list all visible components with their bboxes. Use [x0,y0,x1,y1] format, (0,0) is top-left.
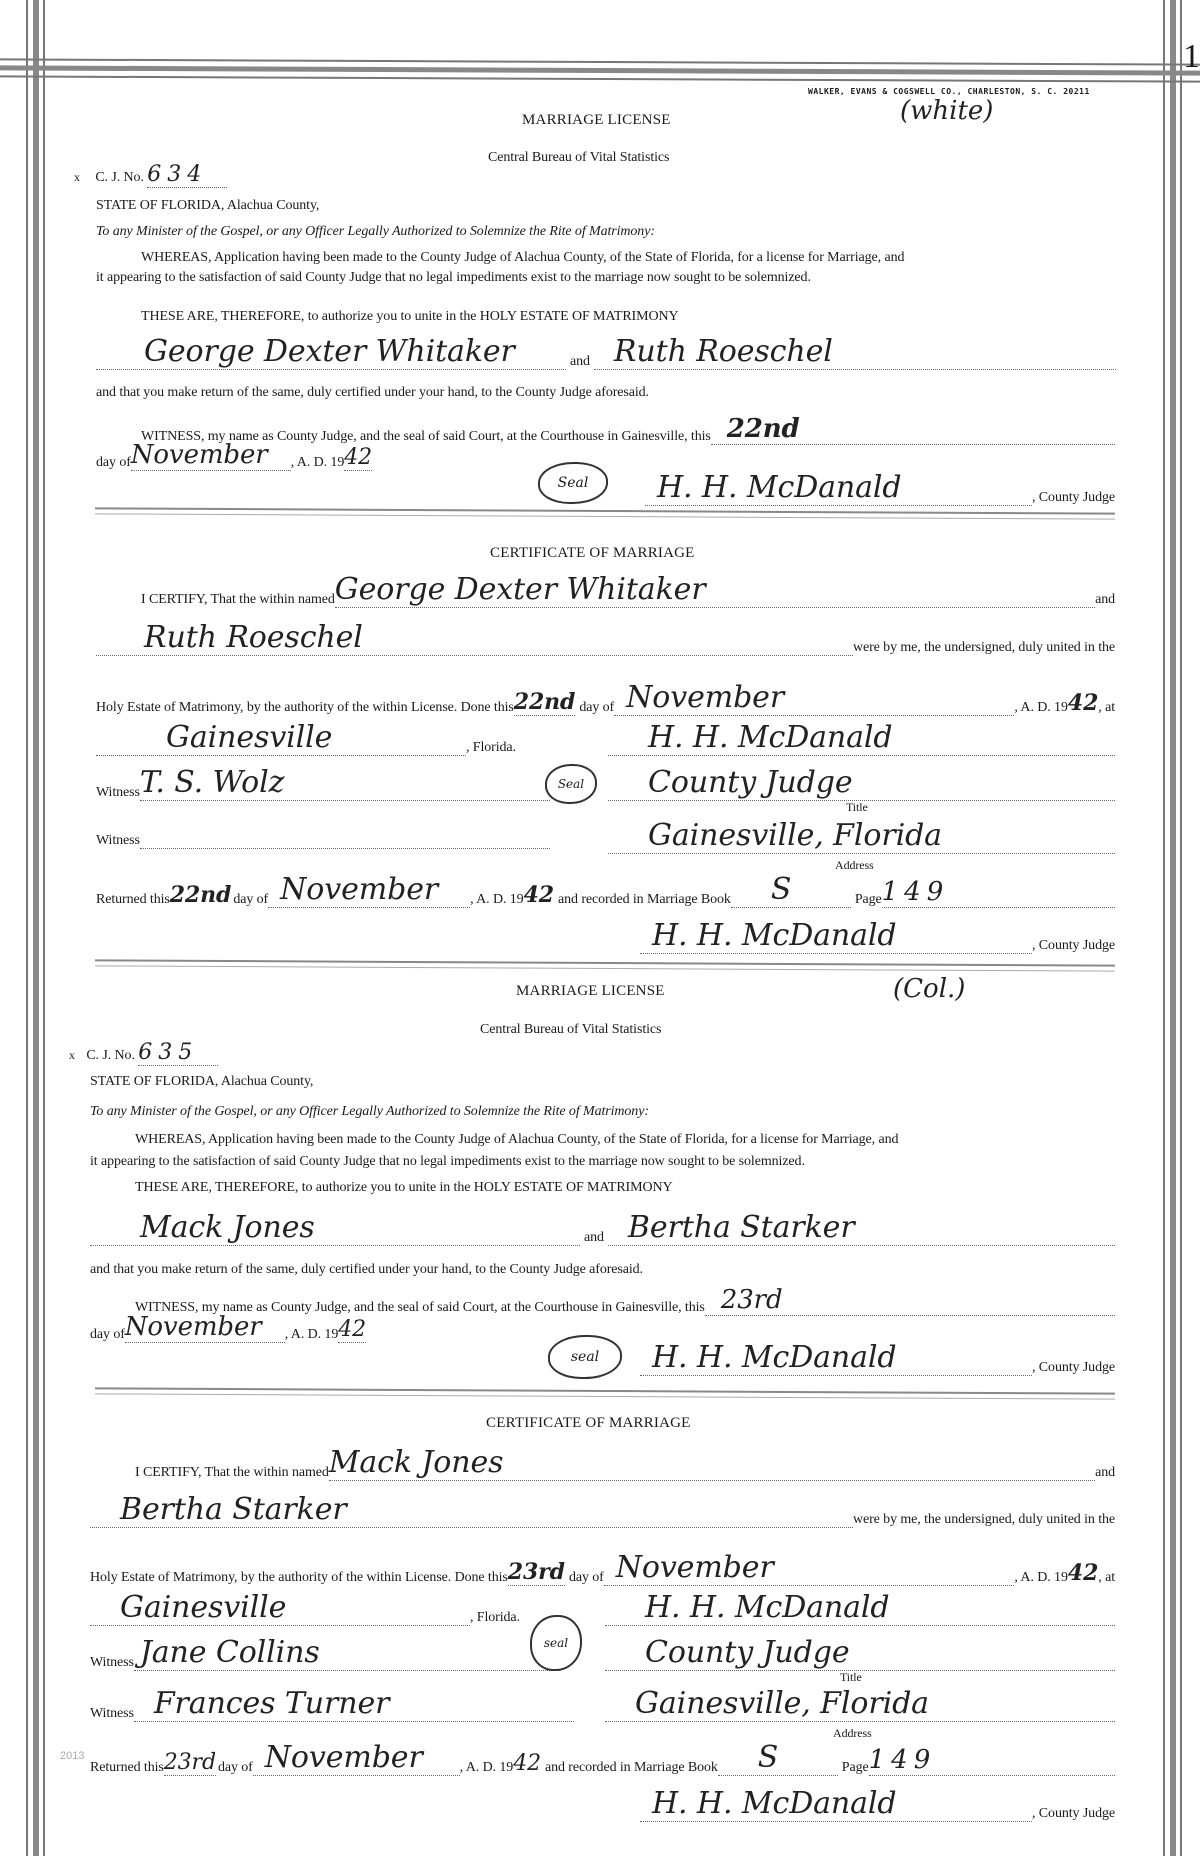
return-line: and that you make return of the same, du… [96,385,649,401]
cert-groom-name: Mack Jones [329,1445,1095,1481]
margin-mark: x [74,170,80,184]
address-label: Address [833,1726,872,1741]
watermark: 2013 [60,1750,84,1762]
license-subtitle: Central Bureau of Vital Statistics [488,150,669,166]
judge-signature-line: H. H. McDanald , County Judge [640,1340,1115,1376]
seal-stamp: Seal [545,764,597,804]
race-annotation: (white) [900,96,993,126]
printer-imprint: WALKER, EVANS & COGSWELL CO., CHARLESTON… [808,87,1090,96]
returned-line: Returned this 23rd day of November , A. … [90,1740,1115,1776]
cert-bride-name: Ruth Roeschel [96,620,853,656]
day-of-label: day of [90,1327,125,1343]
holy-estate-label: Holy Estate of Matrimony, by the authori… [96,700,514,716]
record-page: 149 [882,877,1115,908]
section-divider [95,1387,1115,1399]
clerk-title: , County Judge [1032,938,1115,954]
and-label: and [1095,1465,1115,1481]
page-number: 14 [1183,38,1200,76]
witness-2-name: Frances Turner [134,1686,574,1722]
witness-1-line: Witness T. S. Wolz [96,765,550,801]
bride-name: Bertha Starker [608,1210,1115,1246]
officiant-line: H. H. McDanald [605,1590,1115,1626]
license-subtitle: Central Bureau of Vital Statistics [480,1022,661,1038]
day-of-label: day of [96,455,131,471]
top-rule-2 [0,75,1200,82]
clerk-signature: H. H. McDanald [640,1786,1032,1822]
right-border-outer [1163,0,1165,1856]
place-line: Gainesville , Florida. [96,720,516,756]
address-line: To any Minister of the Gospel, or any Of… [96,224,655,240]
done-day: 23rd [508,1559,565,1586]
judge-title: , County Judge [1032,1360,1115,1376]
done-day: 22nd [514,689,576,716]
officiant-title: County Judge [608,765,1115,801]
officiant-address-line: Gainesville, Florida [608,818,1115,854]
done-month: November [604,1550,1015,1586]
ad-label: , A. D. 19 [291,455,344,471]
at-label: , at [1098,1570,1115,1586]
bride-line: Ruth Roeschel were by me, the undersigne… [96,620,1115,656]
ad-label: , A. D. 19 [460,1760,513,1776]
return-line: and that you make return of the same, du… [90,1262,643,1278]
done-line: Holy Estate of Matrimony, by the authori… [96,680,1115,716]
cj-label: C. J. No. [95,170,144,185]
returned-month: November [253,1740,460,1776]
ad-label: , A. D. 19 [1014,1570,1067,1586]
marriage-book: S [731,872,851,908]
title-label: Title [840,1670,862,1685]
done-month: November [614,680,1014,716]
seal-stamp: seal [548,1335,622,1379]
clerk-signature-line: H. H. McDanald , County Judge [640,1786,1115,1822]
cert-groom-name: George Dexter Whitaker [335,572,1095,608]
whereas-line-2: it appearing to the satisfaction of said… [96,270,811,286]
witness-label: Witness [90,1706,134,1722]
place-line: Gainesville , Florida. [90,1590,520,1626]
state-line: STATE OF FLORIDA, Alachua County, [90,1074,313,1090]
and-label: and [570,354,590,370]
witness-1-name: Jane Collins [134,1635,560,1671]
therefore-line: THESE ARE, THEREFORE, to authorize you t… [135,1180,673,1196]
judge-signature: H. H. McDanald [640,1340,1032,1376]
officiant-title-line: County Judge [608,765,1115,801]
address-label: Address [835,858,874,873]
certify-line: I CERTIFY, That the within named Mack Jo… [135,1445,1115,1481]
place: Gainesville [96,720,466,756]
witness-1-name: T. S. Wolz [140,765,550,801]
returned-day: 23rd [164,1750,216,1776]
witness-day: 23rd [705,1285,1115,1316]
cj-number: 634 [147,162,227,188]
and-label: and [584,1230,604,1246]
returned-label: Returned this [96,892,170,908]
certificate-title: CERTIFICATE OF MARRIAGE [486,1415,691,1432]
witness-label: Witness [96,833,140,849]
bride-name: Ruth Roeschel [594,334,1116,370]
cj-number-row: x C. J. No. 635 [69,1040,218,1066]
seal-stamp: Seal [538,462,608,504]
officiant-title: County Judge [605,1635,1115,1671]
officiant-line: H. H. McDanald [608,720,1115,756]
license-title: MARRIAGE LICENSE [516,983,665,1000]
license-title: MARRIAGE LICENSE [522,112,671,129]
judge-title: , County Judge [1032,490,1115,506]
margin-mark: x [69,1048,75,1062]
officiant-address-line: Gainesville, Florida [605,1686,1115,1722]
judge-signature: H. H. McDanald [645,470,1032,506]
cj-label: C. J. No. [86,1048,135,1063]
bride-line: Bertha Starker were by me, the undersign… [90,1492,1115,1528]
certify-label: I CERTIFY, That the within named [135,1465,329,1481]
returned-line: Returned this 22nd day of November , A. … [96,872,1115,908]
record-page: 149 [869,1745,1115,1776]
page-label: Page [855,892,882,908]
witness-2-line: Witness [96,818,550,849]
united-label: were by me, the undersigned, duly united… [853,1512,1115,1528]
date-line: day of November , A. D. 19 42 [96,440,372,471]
ad-label: , A. D. 19 [470,892,523,908]
clerk-signature: H. H. McDanald [640,918,1032,954]
officiant-signature: H. H. McDanald [608,720,1115,756]
returned-label: Returned this [90,1760,164,1776]
ad-label: , A. D. 19 [1014,700,1067,716]
returned-day: 22nd [170,882,232,908]
whereas-line-2: it appearing to the satisfaction of said… [90,1154,805,1170]
ad-label: , A. D. 19 [285,1327,338,1343]
address-line: To any Minister of the Gospel, or any Of… [90,1104,649,1120]
groom-name: George Dexter Whitaker [96,334,566,370]
witness-2-line: Witness Frances Turner [90,1686,574,1722]
seal-stamp: seal [530,1615,582,1671]
top-rule-1 [0,58,1200,65]
day-of-label: day of [233,892,268,908]
witness-1-line: Witness Jane Collins [90,1635,560,1671]
left-border-thick [33,0,39,1856]
section-divider [95,507,1115,519]
returned-year: 42 [524,882,554,908]
license-year: 42 [338,1317,366,1343]
left-border-inner [43,0,45,1856]
certify-label: I CERTIFY, That the within named [141,592,335,608]
license-month: November [125,1312,285,1343]
recorded-label: and recorded in Marriage Book [545,1760,718,1776]
holy-estate-label: Holy Estate of Matrimony, by the authori… [90,1570,508,1586]
officiant-address: Gainesville, Florida [605,1686,1115,1722]
record-divider [95,959,1115,971]
witness-label: Witness [90,1655,134,1671]
marriage-book: S [718,1740,838,1776]
officiant-signature: H. H. McDanald [605,1590,1115,1626]
race-annotation: (Col.) [893,974,965,1004]
left-border-outer [26,0,28,1856]
cert-bride-name: Bertha Starker [90,1492,853,1528]
officiant-title-line: County Judge [605,1635,1115,1671]
date-line: day of November , A. D. 19 42 [90,1312,366,1343]
cj-number-row: x C. J. No. 634 [74,162,227,188]
united-label: were by me, the undersigned, duly united… [853,640,1115,656]
state-line: STATE OF FLORIDA, Alachua County, [96,198,319,214]
returned-year: 42 [513,1751,541,1776]
day-of-label: day of [569,1570,604,1586]
done-year: 42 [1068,1560,1098,1586]
right-border-thick [1170,0,1176,1856]
certify-line: I CERTIFY, That the within named George … [141,572,1115,608]
right-border-inner [1180,0,1182,1856]
certificate-title: CERTIFICATE OF MARRIAGE [490,545,695,562]
clerk-signature-line: H. H. McDanald , County Judge [640,918,1115,954]
page-label: Page [842,1760,869,1776]
couple-line: Mack Jones and Bertha Starker [90,1210,1115,1246]
couple-line: George Dexter Whitaker and Ruth Roeschel [96,334,1116,370]
license-year: 42 [344,445,372,471]
at-label: , at [1098,700,1115,716]
witness-label: Witness [96,785,140,801]
title-label: Title [846,800,868,815]
done-line: Holy Estate of Matrimony, by the authori… [90,1550,1115,1586]
top-rule-thick [0,65,1200,75]
recorded-label: and recorded in Marriage Book [558,892,731,908]
cj-number: 635 [138,1040,218,1066]
judge-signature-line: H. H. McDanald , County Judge [645,470,1115,506]
and-label: and [1095,592,1115,608]
returned-month: November [268,872,470,908]
witness-2-name [140,818,550,849]
license-month: November [131,440,291,471]
florida-label: , Florida. [466,740,516,756]
florida-label: , Florida. [470,1610,520,1626]
witness-day: 22nd [711,414,1115,445]
therefore-line: THESE ARE, THEREFORE, to authorize you t… [141,309,679,325]
day-of-label: day of [579,700,614,716]
clerk-title: , County Judge [1032,1806,1115,1822]
whereas-line-1: WHEREAS, Application having been made to… [141,250,904,266]
place: Gainesville [90,1590,470,1626]
day-of-label: day of [218,1760,253,1776]
officiant-address: Gainesville, Florida [608,818,1115,854]
groom-name: Mack Jones [90,1210,580,1246]
done-year: 42 [1068,690,1098,716]
whereas-line-1: WHEREAS, Application having been made to… [135,1132,898,1148]
